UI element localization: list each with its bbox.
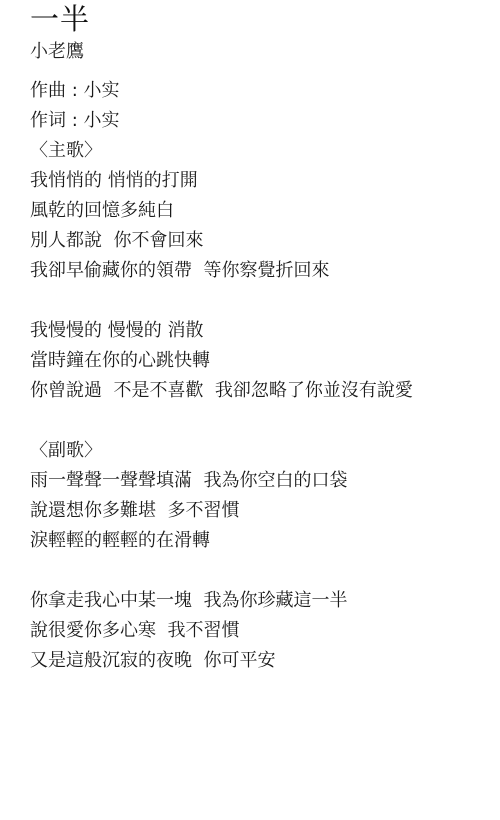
- credit-lyricist: 作词 : 小实: [30, 106, 490, 136]
- lyric-line: 風乾的回憶多純白: [30, 196, 490, 226]
- stanza-break: [30, 286, 490, 316]
- lyric-line: 別人都說 你不會回來: [30, 226, 490, 256]
- lyric-line: 我卻早偷藏你的領帶 等你察覺折回來: [30, 256, 490, 286]
- artist-name: 小老鷹: [30, 40, 490, 64]
- section-label-chorus: 〈副歌〉: [30, 436, 490, 466]
- lyric-line: 當時鐘在你的心跳快轉: [30, 346, 490, 376]
- lyrics-page: 一半 小老鷹 作曲 : 小实 作词 : 小实 〈主歌〉 我悄悄的 悄悄的打開 風…: [30, 0, 490, 676]
- lyric-line: 你曾說過 不是不喜歡 我卻忽略了你並沒有說愛: [30, 376, 490, 406]
- lyric-line: 說很愛你多心寒 我不習慣: [30, 616, 490, 646]
- lyric-line: 雨一聲聲一聲聲填滿 我為你空白的口袋: [30, 466, 490, 496]
- stanza-break: [30, 556, 490, 586]
- lyric-line: 淚輕輕的輕輕的在滑轉: [30, 526, 490, 556]
- section-label-verse: 〈主歌〉: [30, 136, 490, 166]
- song-title: 一半: [30, 2, 490, 36]
- lyric-line: 你拿走我心中某一塊 我為你珍藏這一半: [30, 586, 490, 616]
- lyrics-body: 作曲 : 小实 作词 : 小实 〈主歌〉 我悄悄的 悄悄的打開 風乾的回憶多純白…: [30, 76, 490, 676]
- lyric-line: 說還想你多難堪 多不習慣: [30, 496, 490, 526]
- credit-composer: 作曲 : 小实: [30, 76, 490, 106]
- stanza-break: [30, 406, 490, 436]
- lyric-line: 我悄悄的 悄悄的打開: [30, 166, 490, 196]
- lyric-line: 又是這般沉寂的夜晚 你可平安: [30, 646, 490, 676]
- lyric-line: 我慢慢的 慢慢的 消散: [30, 316, 490, 346]
